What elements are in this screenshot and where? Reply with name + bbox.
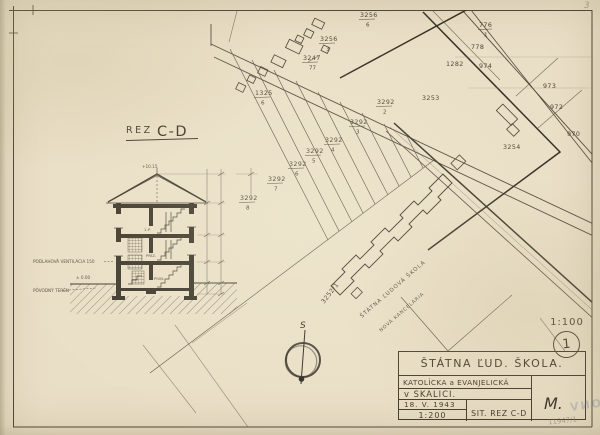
section-title-prefix: REZ	[126, 125, 153, 136]
parcel-label: 3256 6	[359, 12, 378, 29]
svg-text:8: 8	[246, 206, 250, 212]
svg-text:7: 7	[274, 187, 278, 193]
section-scale-note: 1:100	[544, 317, 590, 328]
drawing-sheet: 3256 6 3256 3 3247 77 1325 6 3292	[0, 0, 600, 435]
svg-text:3292: 3292	[325, 137, 343, 144]
svg-text:1: 1	[484, 33, 488, 39]
vent-label: PODLAHOVÁ VENTILÁCIA 150	[33, 259, 95, 264]
parcel-labels: 3256 6 3256 3 3247 77 1325 6 3292	[239, 12, 580, 305]
titleblock-signature: M.	[532, 376, 587, 421]
compass-needle-tip	[299, 376, 305, 382]
signature-initial: M.	[544, 394, 563, 413]
svg-text:5: 5	[312, 159, 316, 165]
svg-text:3247: 3247	[303, 55, 321, 62]
parcel-label: 974	[479, 63, 492, 70]
map-thick-boundaries	[340, 8, 560, 250]
svg-text:3256: 3256	[360, 12, 378, 19]
parcel-label: 1282	[446, 61, 464, 68]
parcel-label: 973	[543, 83, 556, 90]
parcel-label: 3292 8	[239, 195, 258, 212]
parcel-label: 3256 3	[319, 36, 338, 53]
svg-text:3292: 3292	[306, 148, 324, 155]
svg-text:77: 77	[309, 66, 317, 72]
svg-text:6: 6	[261, 101, 265, 107]
parcel-label: 972	[550, 104, 563, 111]
section-roof	[106, 168, 208, 204]
section-title-main: C-D	[157, 124, 188, 140]
ground-level-label: ± 0.00	[76, 275, 90, 280]
svg-text:776: 776	[479, 22, 492, 29]
parcel-label: 970	[567, 131, 580, 138]
compass-north-letter: S	[300, 321, 306, 331]
parcel-label: 3247 77	[302, 55, 321, 72]
titleblock-location: v SKALICI.	[399, 389, 532, 400]
parcel-label: 3292 5	[305, 148, 324, 165]
parcel-label: 3292 2	[376, 99, 395, 116]
svg-text:4: 4	[331, 148, 335, 154]
svg-text:1325: 1325	[255, 90, 273, 97]
titleblock-project-title: ŠTÁTNA ĽUD. ŠKOLA.	[399, 352, 585, 376]
compass: S	[285, 321, 320, 384]
titleblock-scale: 1:200	[399, 410, 467, 421]
corner-pencil-mark: 3	[584, 1, 590, 11]
svg-text:3292: 3292	[350, 119, 368, 126]
parcel-label: 3292 6	[288, 161, 307, 178]
parcel-label: 3292 7	[267, 176, 286, 193]
titleblock-drawing-ref: SIT. REZ C-D	[467, 400, 532, 421]
ridge-level-label: +10.15	[142, 164, 158, 169]
school-parcel-label: 3252/1	[320, 282, 341, 306]
svg-text:3: 3	[356, 130, 360, 136]
room-label-basement: PIVN.	[154, 276, 164, 281]
svg-text:6: 6	[295, 172, 299, 178]
svg-text:2: 2	[383, 110, 387, 116]
map-buildings	[236, 18, 520, 299]
svg-text:3292: 3292	[268, 176, 286, 183]
sheet-number: 1	[562, 337, 572, 353]
svg-text:3292: 3292	[289, 161, 307, 168]
parcel-label: 3254	[503, 144, 521, 151]
svg-text:3256: 3256	[320, 36, 338, 43]
room-label-ground: PRÍZ.	[146, 253, 156, 258]
parcel-label: 3292 3	[349, 119, 368, 136]
parcel-label: 3253	[422, 95, 440, 102]
title-block: ŠTÁTNA ĽUD. ŠKOLA. KATOLÍCKA a EVANJELIC…	[398, 351, 586, 420]
svg-text:3292: 3292	[377, 99, 395, 106]
parcel-label: 778	[471, 44, 484, 51]
svg-text:3292: 3292	[240, 195, 258, 202]
room-label-floor1: 1.P.	[144, 227, 151, 232]
titleblock-date: 18. V. 1943	[399, 400, 467, 410]
parcel-label: 3292 4	[324, 137, 343, 154]
section-drawing: REZ C-D	[33, 124, 258, 314]
svg-text:6: 6	[366, 23, 370, 29]
parcel-label: 1325 6	[254, 90, 273, 107]
titleblock-subtitle: KATOLÍCKA a EVANJELICKÁ	[399, 376, 532, 389]
svg-text:3: 3	[326, 47, 330, 53]
